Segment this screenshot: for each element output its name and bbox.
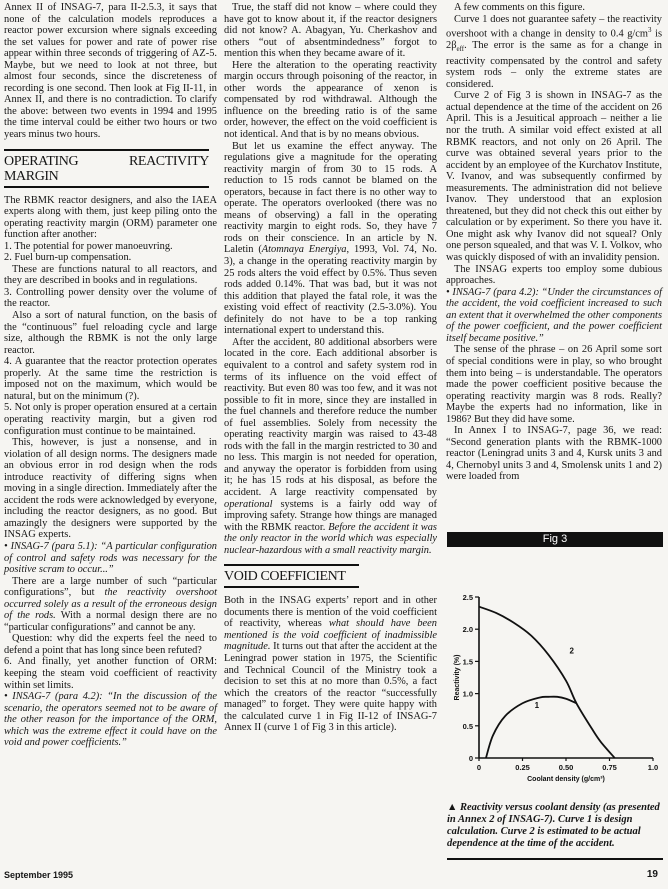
paragraph: Question: why did the experts feel the n… — [4, 633, 217, 656]
y-tick-label: 0.5 — [463, 722, 473, 731]
paragraph: The RBMK reactor designers, and also the… — [4, 195, 217, 241]
y-axis-label: Reactivity (%) — [454, 655, 461, 701]
paragraph: Also a sort of natural function, on the … — [4, 310, 217, 356]
text: After the accident, 80 additional absorb… — [224, 337, 437, 498]
list-item: 2. Fuel burn-up compensation. — [4, 252, 217, 264]
quote: • INSAG-7 (para 5.1): “A particular conf… — [4, 541, 217, 576]
text: It turns out that after the accident at … — [224, 641, 437, 733]
text: . The error is the same as for a change … — [446, 40, 662, 90]
x-tick-label: 0.75 — [602, 763, 617, 772]
text: Curve 1 does not guarantee safety – the … — [446, 14, 662, 40]
list-item: 6. And finally, yet another function of … — [4, 656, 217, 691]
paragraph: In Annex I to INSAG-7, page 36, we read:… — [446, 425, 662, 483]
column-3: A few comments on this figure. Curve 1 d… — [446, 2, 662, 483]
paragraph: After the accident, 80 additional absorb… — [224, 337, 437, 556]
list-item: 4. A guarantee that the reactor protecti… — [4, 356, 217, 402]
y-tick-label: 0 — [469, 754, 473, 763]
paragraph: These are functions natural to all react… — [4, 264, 217, 287]
text: But let us examine the effect anyway. Th… — [224, 141, 437, 256]
quote: • INSAG-7 (para 4.2): “Under the circums… — [446, 287, 662, 345]
list-item: 3. Controlling power density over the vo… — [4, 287, 217, 310]
paragraph: A few comments on this figure. — [446, 2, 662, 14]
quote: • INSAG-7 (para 4.2): “In the discussion… — [4, 691, 217, 749]
figure-3: Fig 3 00.51.01.52.02.500.250.500.751.0Co… — [447, 532, 663, 812]
figure-caption: ▲ Reactivity versus coolant density (as … — [447, 802, 662, 850]
paragraph: This, however, is just a nonsense, and i… — [4, 437, 217, 541]
y-tick-label: 2.5 — [463, 593, 473, 602]
curve-label-1: 1 — [535, 701, 540, 710]
x-axis-label: Coolant density (g/cm³) — [527, 776, 605, 783]
footer-date: September 1995 — [4, 870, 73, 880]
y-tick-label: 1.0 — [463, 690, 473, 699]
list-item: 5. Not only is proper operation ensured … — [4, 402, 217, 437]
x-tick-label: 0.25 — [515, 763, 530, 772]
y-tick-label: 2.0 — [463, 625, 473, 634]
section-heading-operating-reactivity-margin: OPERATING REACTIVITY MARGIN — [4, 149, 209, 188]
reactivity-chart: 00.51.01.52.02.500.250.500.751.0Coolant … — [447, 547, 663, 812]
paragraph: Here the alteration to the operating rea… — [224, 60, 437, 141]
column-2: True, the staff did not know – where cou… — [224, 2, 437, 734]
paragraph: The INSAG experts too employ some dubiou… — [446, 264, 662, 287]
paragraph: The sense of the phrase – on 26 April so… — [446, 344, 662, 425]
section-heading-void-coefficient: VOID COEFFICIENT — [224, 564, 359, 588]
x-tick-label: 0 — [477, 763, 481, 772]
paragraph: There are a large number of such “partic… — [4, 576, 217, 634]
italic-text: Atomnaya Energiya — [262, 244, 347, 255]
text: , 1993, Vol. 74, No. 3), a change in the… — [224, 244, 437, 336]
paragraph: True, the staff did not know – where cou… — [224, 2, 437, 60]
curve-1 — [486, 697, 576, 758]
list-item: 1. The potential for power manoeuvring. — [4, 241, 217, 253]
x-tick-label: 1.0 — [648, 763, 658, 772]
curve-2 — [479, 607, 615, 758]
paragraph: Curve 2 of Fig 3 is shown in INSAG-7 as … — [446, 90, 662, 263]
paragraph: Annex II of INSAG-7, para II-2.5.3, it s… — [4, 2, 217, 141]
paragraph: But let us examine the effect anyway. Th… — [224, 141, 437, 337]
caption-divider — [447, 858, 663, 860]
y-tick-label: 1.5 — [463, 657, 473, 666]
column-1: Annex II of INSAG-7, para II-2.5.3, it s… — [4, 2, 217, 749]
paragraph: Curve 1 does not guarantee safety – the … — [446, 14, 662, 91]
x-tick-label: 0.50 — [559, 763, 574, 772]
page-number: 19 — [647, 869, 658, 880]
paragraph: Both in the INSAG experts’ report and in… — [224, 595, 437, 734]
subscript: eff — [456, 45, 464, 53]
figure-title: Fig 3 — [447, 532, 663, 547]
italic-text: operational — [224, 499, 273, 510]
curve-label-2: 2 — [569, 647, 574, 656]
